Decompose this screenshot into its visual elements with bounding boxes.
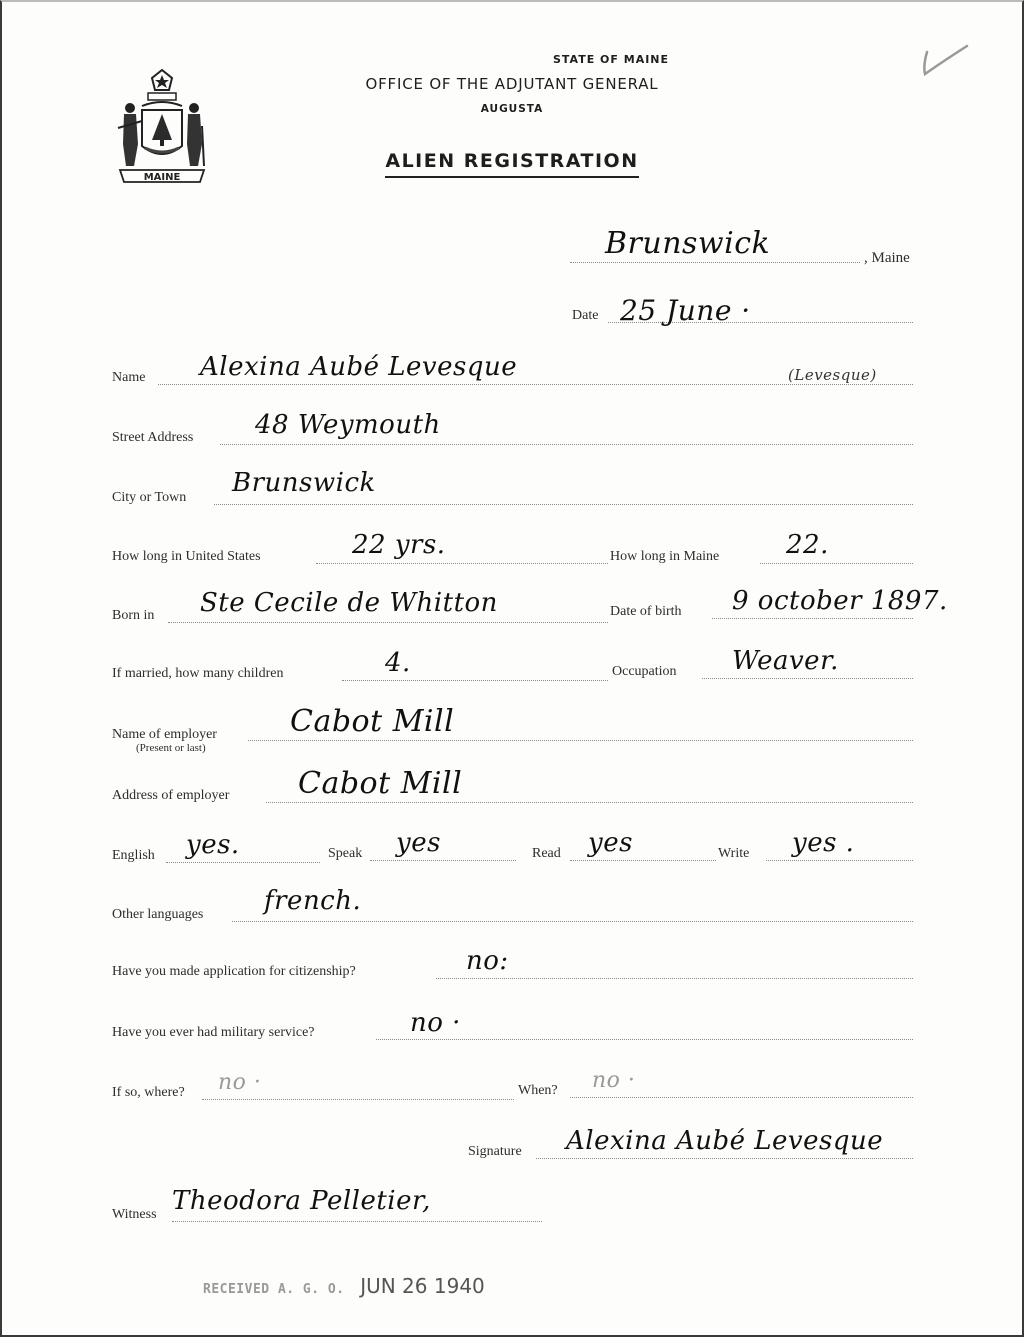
form-title: ALIEN REGISTRATION — [0, 150, 1024, 178]
when-line — [570, 1097, 913, 1098]
when-label: When? — [518, 1083, 558, 1099]
employer-name-label: Name of employer — [112, 727, 217, 743]
read-line — [570, 860, 716, 861]
name-label: Name — [112, 370, 145, 386]
born-in-label: Born in — [112, 608, 154, 624]
read-label: Read — [532, 846, 561, 862]
how-long-maine-line — [760, 563, 913, 564]
header-state: STATE OF MAINE — [99, 53, 1024, 66]
check-mark-icon — [915, 38, 975, 78]
header-office: OFFICE OF THE ADJUTANT GENERAL — [0, 75, 1024, 93]
witness-value: Theodora Pelletier, — [172, 1186, 431, 1216]
date-value: 25 June · — [620, 294, 751, 327]
street-address-line — [220, 444, 913, 445]
english-value: yes. — [186, 830, 240, 860]
street-address-label: Street Address — [112, 430, 193, 446]
signature-line — [536, 1158, 913, 1159]
employer-name-value: Cabot Mill — [290, 704, 454, 739]
occupation-line — [702, 678, 913, 679]
witness-line — [172, 1221, 542, 1222]
employer-address-value: Cabot Mill — [298, 766, 462, 801]
witness-label: Witness — [112, 1207, 157, 1223]
speak-value: yes — [396, 828, 441, 858]
how-long-us-value: 22 yrs. — [352, 530, 446, 560]
citizenship-label: Have you made application for citizenshi… — [112, 964, 356, 980]
other-languages-value: french. — [264, 886, 361, 916]
employer-name-sublabel: (Present or last) — [136, 742, 206, 754]
english-label: English — [112, 848, 155, 864]
place-value: Brunswick — [605, 226, 770, 261]
children-label: If married, how many children — [112, 666, 283, 682]
write-line — [766, 860, 913, 861]
how-long-us-line — [316, 563, 608, 564]
other-languages-label: Other languages — [112, 907, 203, 923]
how-long-us-label: How long in United States — [112, 549, 261, 565]
street-address-value: 48 Weymouth — [255, 410, 441, 440]
citizenship-line — [436, 978, 913, 979]
date-of-birth-value: 9 october 1897. — [732, 586, 948, 616]
city-label: City or Town — [112, 490, 186, 506]
how-long-maine-label: How long in Maine — [610, 549, 719, 565]
occupation-label: Occupation — [612, 664, 677, 680]
occupation-value: Weaver. — [732, 646, 839, 676]
date-label: Date — [572, 308, 598, 324]
write-label: Write — [718, 846, 749, 862]
military-value: no · — [410, 1008, 461, 1038]
write-value: yes . — [792, 828, 854, 858]
name-value: Alexina Aubé Levesque — [200, 352, 517, 382]
military-label: Have you ever had military service? — [112, 1025, 315, 1041]
english-line — [166, 862, 320, 863]
date-of-birth-label: Date of birth — [610, 604, 682, 620]
name-note: (Levesque) — [788, 366, 877, 384]
signature-label: Signature — [468, 1144, 522, 1160]
place-line — [570, 262, 860, 263]
when-value: no · — [592, 1068, 635, 1093]
how-long-maine-value: 22. — [786, 530, 829, 560]
received-stamp-label: RECEIVED A. G. O. — [203, 1282, 345, 1297]
received-stamp-date: JUN 26 1940 — [360, 1274, 485, 1298]
city-line — [214, 504, 913, 505]
header-city: AUGUSTA — [0, 103, 1024, 115]
read-value: yes — [588, 828, 633, 858]
name-line — [158, 384, 913, 385]
where-line — [202, 1099, 514, 1100]
employer-address-label: Address of employer — [112, 788, 229, 804]
other-languages-line — [232, 921, 913, 922]
speak-line — [370, 860, 516, 861]
citizenship-value: no: — [466, 946, 509, 976]
where-label: If so, where? — [112, 1085, 185, 1101]
children-line — [342, 680, 608, 681]
born-in-value: Ste Cecile de Whitton — [200, 588, 498, 618]
military-line — [376, 1039, 913, 1040]
employer-address-line — [266, 802, 913, 803]
where-value: no · — [218, 1070, 261, 1095]
employer-name-line — [248, 740, 913, 741]
children-value: 4. — [385, 648, 411, 678]
received-stamp: RECEIVED A. G. O. JUN 26 1940 — [203, 1274, 485, 1298]
city-value: Brunswick — [232, 468, 376, 498]
date-of-birth-line — [712, 618, 913, 619]
signature-value: Alexina Aubé Levesque — [566, 1126, 883, 1156]
speak-label: Speak — [328, 846, 362, 862]
place-suffix: , Maine — [864, 250, 910, 267]
born-in-line — [168, 622, 608, 623]
